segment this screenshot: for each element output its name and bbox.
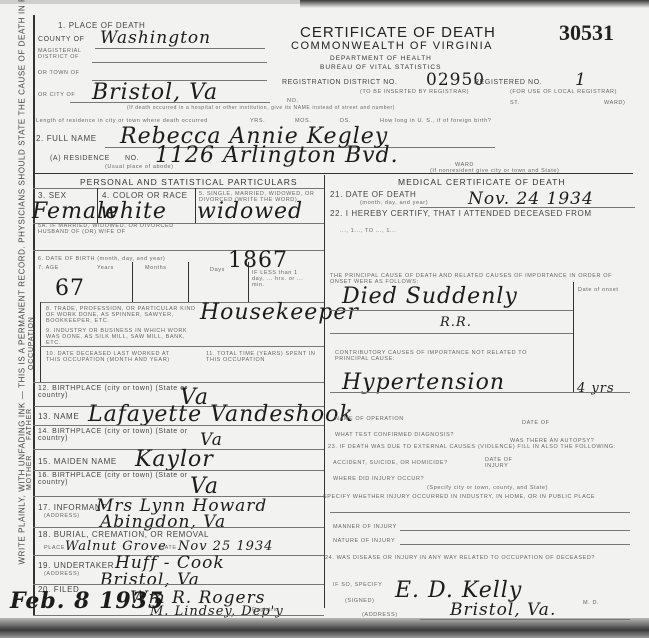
district-line xyxy=(92,62,267,63)
informant-line xyxy=(33,527,324,528)
undertaker-address-value: Bristol, Va xyxy=(100,570,200,590)
personal-header-line xyxy=(33,188,324,189)
county-line xyxy=(95,48,265,49)
race-value: white xyxy=(100,199,167,224)
where-injury-label: WHERE DID INJURY OCCUR? xyxy=(333,476,424,482)
certificate-title: CERTIFICATE OF DEATH xyxy=(300,24,496,41)
father-side-label: FATHER xyxy=(26,408,33,440)
personal-section-title: PERSONAL AND STATISTICAL PARTICULARS xyxy=(80,177,298,187)
county-value: Washington xyxy=(100,28,211,48)
last-worked-label: 10. DATE DECEASED LAST WORKED AT THIS OC… xyxy=(46,351,176,363)
less-than-label: IF LESS than 1 day, ... hrs. or ... min. xyxy=(252,270,312,288)
hospital-note: (If death occurred in a hospital or othe… xyxy=(127,105,395,111)
accident-label: ACCIDENT, SUICIDE, OR HOMICIDE? xyxy=(333,460,448,466)
registered-label: REGISTERED No. xyxy=(474,79,542,86)
mother-maiden-value: Kaylor xyxy=(135,447,214,472)
birth-date-label: 6. DATE OF BIRTH (month, day, and year) xyxy=(38,256,165,262)
date-of-death-value: Nov. 24 1934 xyxy=(468,189,594,209)
column-divider xyxy=(324,175,325,608)
date-of-death-line xyxy=(420,207,635,208)
date-of-death-note: (month, day, and year) xyxy=(360,200,428,206)
registration-district-label: REGISTRATION DISTRICT No. xyxy=(282,79,397,86)
age-divider-2 xyxy=(188,262,189,302)
scan-shadow-top xyxy=(300,0,649,8)
age-label: 7. AGE xyxy=(38,265,59,271)
foreign-birth-label: How long in U. S., if of foreign birth? xyxy=(380,118,491,124)
burial-place-label: PLACE xyxy=(44,545,65,551)
years-label: Years xyxy=(97,265,114,271)
nature-label: NATURE OF INJURY xyxy=(333,538,395,544)
margin-instructions: WRITE PLAINLY, WITH UNFADING INK — THIS … xyxy=(2,30,32,590)
onset-column-line xyxy=(573,282,574,392)
date-of-death-label: 21. DATE OF DEATH xyxy=(330,190,416,199)
residence-note: (Usual place of abode) xyxy=(105,164,174,170)
full-name-label: 2. FULL NAME xyxy=(36,134,97,143)
informant-address-value: Abingdon, Va xyxy=(100,512,226,532)
father-birthplace-label: 14. BIRTHPLACE (city or town) (State or … xyxy=(38,428,218,442)
contributory-line xyxy=(330,392,630,393)
residence-value: 1126 Arlington Bvd. xyxy=(155,143,399,168)
town-label: OR TOWN OF xyxy=(38,70,80,76)
city-label: OR CITY OF xyxy=(38,92,75,98)
physician-address-label: (ADDRESS) xyxy=(362,612,398,618)
occupation-line-bottom xyxy=(33,382,324,383)
informant-address-label: (ADDRESS) xyxy=(44,513,80,519)
birthplace-label: 12. BIRTHPLACE (city or town) (State or … xyxy=(38,385,198,399)
days-label: Days xyxy=(210,267,225,273)
contributory-label: CONTRIBUTORY CAUSES OF IMPORTANCE NOT RE… xyxy=(335,350,535,362)
occupation-side-label: OCCUPATION xyxy=(28,316,35,370)
father-name-value: Lafayette Vandeshook xyxy=(88,402,354,427)
certify-label: 22. I HEREBY CERTIFY, That I attended de… xyxy=(330,209,592,218)
cause-line-1 xyxy=(330,310,573,311)
city-value: Bristol, Va xyxy=(92,80,218,105)
no-label: No. xyxy=(287,98,299,104)
specify-line xyxy=(330,512,630,513)
burial-date-value: Nov 25 1934 xyxy=(178,539,273,554)
external-causes-label: 23. IF DEATH WAS DUE TO EXTERNAL CAUSES … xyxy=(328,444,628,450)
spouse-label: 5a. IF MARRIED, WIDOWED, OR DIVORCED HUS… xyxy=(38,223,188,235)
department-name: DEPARTMENT OF HEALTH xyxy=(330,55,432,62)
medical-section-title: MEDICAL CERTIFICATE OF DEATH xyxy=(398,177,565,187)
scan-shadow-bottom xyxy=(0,618,649,638)
nonresident-note: (If nonresident give city or town and St… xyxy=(430,168,559,174)
from-to-text: ..., 1..., to ..., 1... xyxy=(340,228,396,234)
burial-date-label: DATE xyxy=(160,545,177,551)
race-divider xyxy=(195,188,196,223)
mother-maiden-label: 15. MAIDEN NAME xyxy=(38,457,117,466)
signed-label: (SIGNED) xyxy=(345,598,375,604)
parent-bracket xyxy=(33,406,34,496)
registered-note: (FOR USE OF LOCAL REGISTRAR) xyxy=(510,89,617,95)
months-label: Months xyxy=(145,265,167,271)
nature-line xyxy=(400,544,630,545)
operation-date-label: DATE OF xyxy=(522,420,550,426)
trade-label: 8. TRADE, PROFESSION, OR PARTICULAR KIND… xyxy=(46,306,201,324)
certificate-number: 30531 xyxy=(559,20,614,46)
principal-cause-value: Died Suddenly xyxy=(342,284,518,309)
father-name-line xyxy=(33,425,324,426)
total-time-label: 11. TOTAL TIME (YEARS) SPENT IN THIS OCC… xyxy=(206,351,316,363)
ward-label: Ward) xyxy=(604,100,625,106)
age-years-value: 67 xyxy=(55,276,85,301)
left-border xyxy=(33,15,35,615)
burial-place-value: Walnut Grove xyxy=(65,539,167,554)
st-label: St. xyxy=(510,100,520,106)
if-so-label: IF SO, SPECIFY xyxy=(333,582,382,588)
physician-address-value: Bristol, Va. xyxy=(450,600,556,620)
cause-line-2 xyxy=(330,333,573,334)
age-divider-3 xyxy=(248,262,249,302)
industry-label: 9. INDUSTRY OR BUSINESS IN WHICH WORK WA… xyxy=(46,328,201,346)
registration-district-note: (TO BE INSERTED BY REGISTRAR) xyxy=(360,89,469,95)
md-label: M. D. xyxy=(583,600,599,606)
undertaker-label: 19. UNDERTAKER xyxy=(38,561,114,570)
date-of-onset-label: Date of onset xyxy=(578,287,619,293)
residence-no-label: No. xyxy=(125,155,139,162)
occupation-related-label: 24. WAS DISEASE OR INJURY IN ANY WAY REL… xyxy=(325,552,630,564)
burial-label: 18. BURIAL, CREMATION, OR REMOVAL xyxy=(38,530,209,539)
injury-date-label: DATE OF INJURY xyxy=(485,457,535,469)
where-injury-note: (Specify city or town, county, and State… xyxy=(427,485,548,491)
diagnosis-label: WHAT TEST CONFIRMED DIAGNOSIS? xyxy=(335,432,454,438)
industry-line xyxy=(40,346,324,347)
mother-maiden-line xyxy=(33,470,324,471)
sex-divider xyxy=(97,188,98,223)
father-name-label: 13. NAME xyxy=(38,412,79,421)
contributory-duration-value: 4 yrs xyxy=(577,381,615,396)
marital-value: widowed xyxy=(197,199,303,224)
residence-label: (a) RESIDENCE xyxy=(50,155,110,162)
specify-injury-label: SPECIFY WHETHER INJURY OCCURRED IN INDUS… xyxy=(323,494,628,500)
age-divider-1 xyxy=(132,262,133,302)
registered-number: 1 xyxy=(575,70,587,90)
bureau-name: BUREAU OF VITAL STATISTICS xyxy=(320,64,441,71)
occupation-bracket xyxy=(40,302,41,382)
physician-address-line xyxy=(420,619,630,620)
registrar-label: Registrar xyxy=(252,607,280,613)
undertaker-address-label: (ADDRESS) xyxy=(44,571,80,577)
trade-value: Housekeeper xyxy=(200,300,359,325)
manner-label: MANNER OF INJURY xyxy=(333,524,397,530)
county-label: COUNTY OF xyxy=(38,36,85,43)
district-label: MAGISTERIAL DISTRICT OF xyxy=(38,48,88,60)
operation-label: NAME OF OPERATION xyxy=(335,416,404,422)
manner-line xyxy=(400,530,630,531)
cause-initials: R.R. xyxy=(440,315,472,330)
filed-line xyxy=(33,615,324,616)
state-name: COMMONWEALTH OF VIRGINIA xyxy=(291,40,493,52)
mother-side-label: MOTHER xyxy=(26,455,33,490)
